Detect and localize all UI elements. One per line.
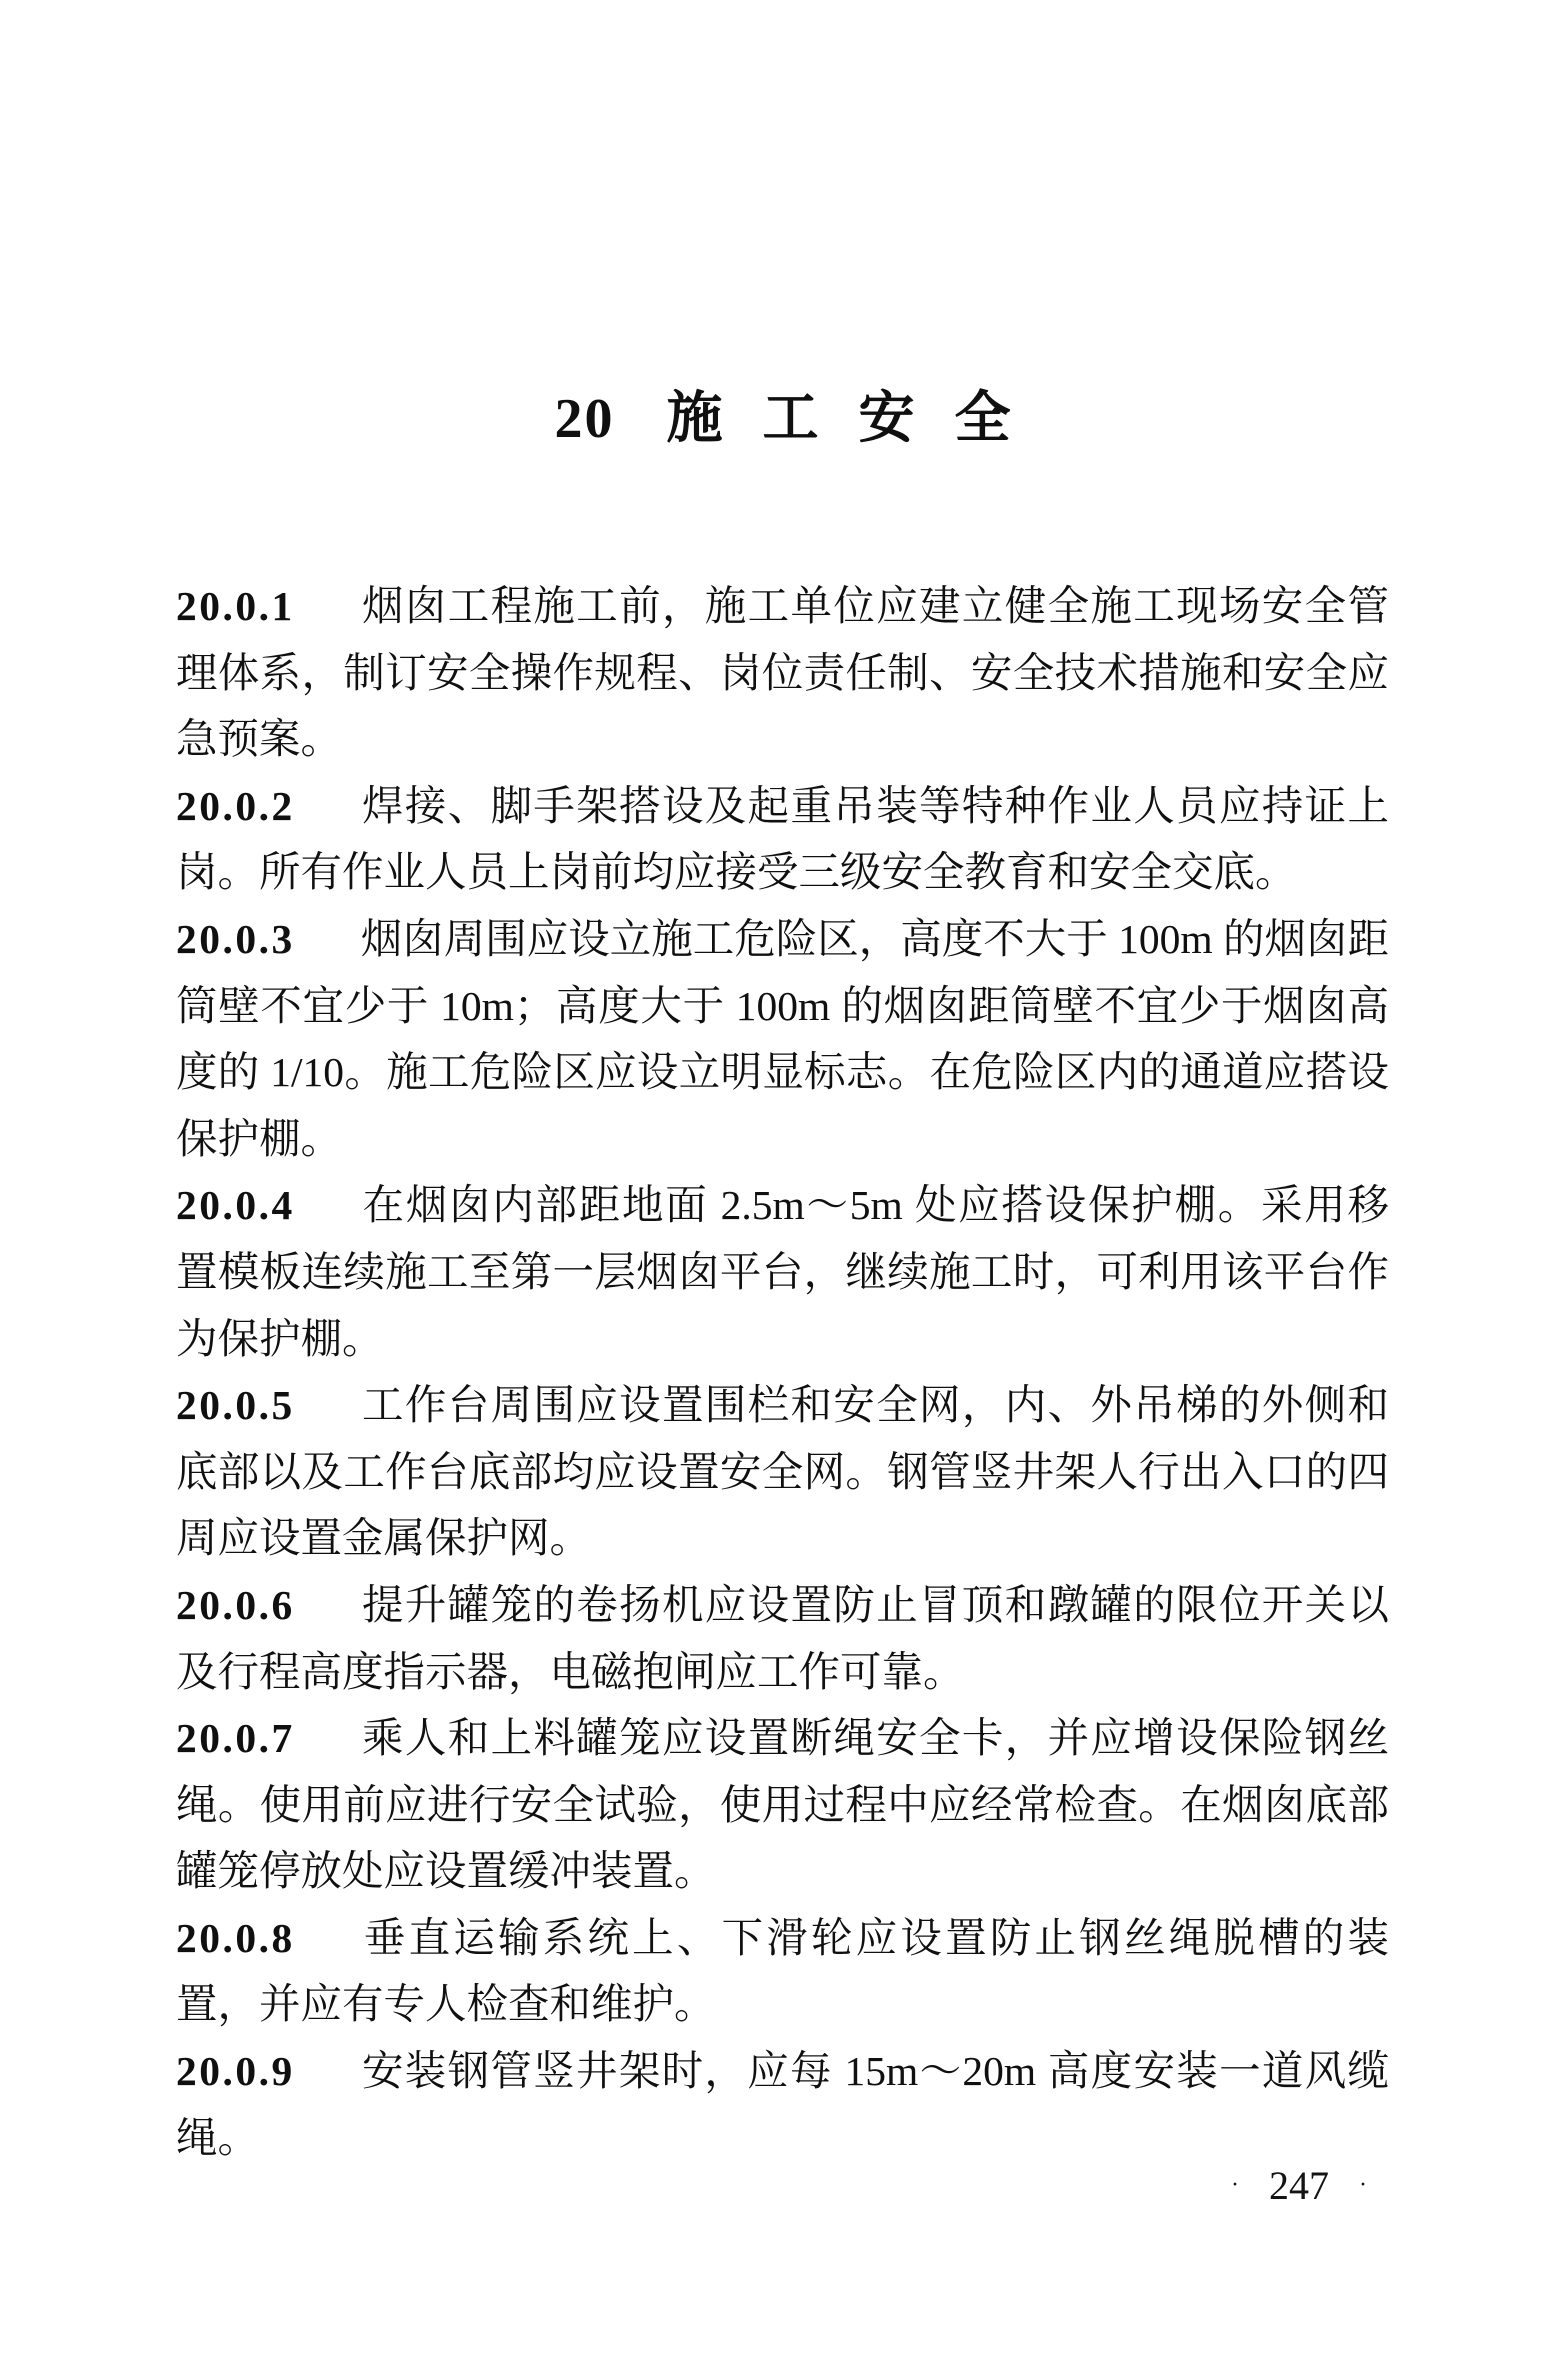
clause-text: 提升罐笼的卷扬机应设置防止冒顶和蹾罐的限位开关以及行程高度指示器，电磁抱闸应工作…: [176, 1582, 1389, 1695]
clause-number: 20.0.1: [176, 583, 295, 629]
clause: 20.0.8垂直运输系统上、下滑轮应设置防止钢丝绳脱槽的装置，并应有专人检查和维…: [176, 1905, 1389, 2038]
clause-text: 烟囱周围应设立施工危险区，高度不大于 100m 的烟囱距筒壁不宜少于 10m；高…: [176, 916, 1389, 1162]
clause-list: 20.0.1烟囱工程施工前，施工单位应建立健全施工现场安全管理体系，制订安全操作…: [176, 573, 1389, 2171]
footer-dot-right: ·: [1359, 2172, 1367, 2198]
clause: 20.0.5工作台周围应设置围栏和安全网，内、外吊梯的外侧和底部以及工作台底部均…: [176, 1372, 1389, 1572]
clause: 20.0.3烟囱周围应设立施工危险区，高度不大于 100m 的烟囱距筒壁不宜少于…: [176, 906, 1389, 1172]
clause-text: 乘人和上料罐笼应设置断绳安全卡，并应增设保险钢丝绳。使用前应进行安全试验，使用过…: [176, 1715, 1389, 1894]
clause-text: 烟囱工程施工前，施工单位应建立健全施工现场安全管理体系，制订安全操作规程、岗位责…: [176, 583, 1389, 762]
clause-text: 工作台周围应设置围栏和安全网，内、外吊梯的外侧和底部以及工作台底部均应设置安全网…: [176, 1382, 1389, 1561]
clause-number: 20.0.7: [176, 1715, 295, 1761]
clause: 20.0.9安装钢管竖井架时，应每 15m～20m 高度安装一道风缆绳。: [176, 2038, 1389, 2171]
clause-text: 安装钢管竖井架时，应每 15m～20m 高度安装一道风缆绳。: [176, 2048, 1389, 2161]
clause: 20.0.1烟囱工程施工前，施工单位应建立健全施工现场安全管理体系，制订安全操作…: [176, 573, 1389, 773]
clause-number: 20.0.6: [176, 1582, 295, 1628]
clause-text: 焊接、脚手架搭设及起重吊装等特种作业人员应持证上岗。所有作业人员上岗前均应接受三…: [176, 783, 1389, 896]
page-footer: ·247·: [176, 2160, 1389, 2211]
footer-dot-left: ·: [1231, 2172, 1239, 2198]
chapter-number: 20: [555, 388, 615, 450]
clause: 20.0.7乘人和上料罐笼应设置断绳安全卡，并应增设保险钢丝绳。使用前应进行安全…: [176, 1705, 1389, 1905]
clause-number: 20.0.2: [176, 783, 295, 829]
clause-number: 20.0.4: [176, 1182, 295, 1228]
clause-number: 20.0.8: [176, 1915, 295, 1961]
clause-text: 垂直运输系统上、下滑轮应设置防止钢丝绳脱槽的装置，并应有专人检查和维护。: [176, 1915, 1389, 2028]
clause: 20.0.6提升罐笼的卷扬机应设置防止冒顶和蹾罐的限位开关以及行程高度指示器，电…: [176, 1572, 1389, 1705]
clause-number: 20.0.9: [176, 2048, 295, 2094]
page-number: 247: [1269, 2163, 1329, 2208]
chapter-title: 施工安全: [667, 388, 1051, 450]
clause: 20.0.2焊接、脚手架搭设及起重吊装等特种作业人员应持证上岗。所有作业人员上岗…: [176, 773, 1389, 906]
clause: 20.0.4在烟囱内部距地面 2.5m～5m 处应搭设保护棚。采用移置模板连续施…: [176, 1172, 1389, 1372]
chapter-heading: 20施工安全: [176, 386, 1389, 452]
clause-number: 20.0.5: [176, 1382, 295, 1428]
document-page: 20施工安全 20.0.1烟囱工程施工前，施工单位应建立健全施工现场安全管理体系…: [0, 0, 1542, 2371]
clause-text: 在烟囱内部距地面 2.5m～5m 处应搭设保护棚。采用移置模板连续施工至第一层烟…: [176, 1182, 1389, 1361]
clause-number: 20.0.3: [176, 916, 295, 962]
